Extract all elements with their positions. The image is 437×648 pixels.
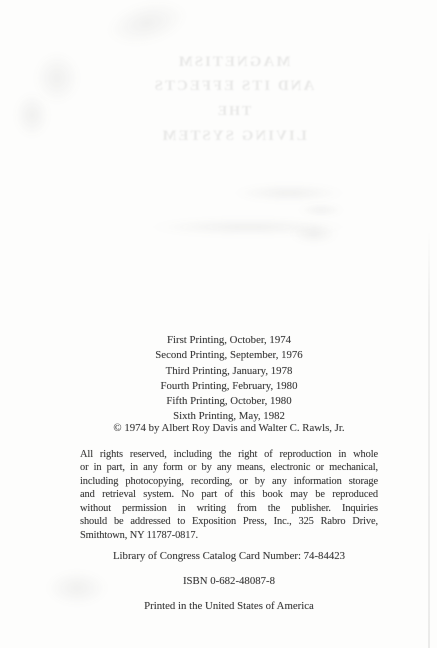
bleedthrough-title-line: MAGNETISM: [15, 50, 437, 74]
copyright-notice: © 1974 by Albert Roy Davis and Walter C.…: [80, 421, 378, 436]
rights-reserved-paragraph: All rights reserved, including the right…: [80, 448, 378, 542]
printing-history-line: Third Printing, January, 1978: [80, 364, 378, 379]
rights-reserved-line: without permission in writing from the p…: [80, 502, 378, 515]
printing-history-line: Fifth Printing, October, 1980: [80, 394, 378, 409]
bleedthrough-author-smudge: [298, 204, 344, 216]
scan-smudge: [290, 224, 338, 244]
rights-reserved-line: or in part, in any form or by any means,…: [80, 461, 378, 474]
bleedthrough-title-text: MAGNETISMAND ITS EFFECTSTHELIVING SYSTEM: [15, 50, 437, 148]
printing-history-line: First Printing, October, 1974: [80, 333, 378, 348]
page-edge-shadow: [428, 230, 430, 648]
printed-in-notice: Printed in the United States of America: [80, 599, 378, 613]
rights-reserved-line: should be addressed to Exposition Press,…: [80, 515, 378, 528]
rights-reserved-line: Smithtown, NY 11787-0817.: [80, 529, 378, 542]
printing-history-line: Fourth Printing, February, 1980: [80, 379, 378, 394]
scan-smudge: [102, 0, 192, 53]
bleedthrough-author-smudge: [148, 218, 348, 236]
printing-history-line: Second Printing, September, 1976: [80, 348, 378, 363]
scan-smudge: [14, 92, 50, 138]
rights-reserved-line: and retrieval system. No part of this bo…: [80, 488, 378, 501]
bleedthrough-title-line: LIVING SYSTEM: [15, 124, 437, 148]
bleedthrough-title-line: AND ITS EFFECTS: [15, 74, 437, 98]
bleedthrough-author-smudge: [233, 184, 345, 202]
rights-reserved-line: All rights reserved, including the right…: [80, 448, 378, 461]
printing-history: First Printing, October, 1974Second Prin…: [80, 333, 378, 425]
isbn-number: ISBN 0-682-48087-8: [80, 574, 378, 588]
rights-reserved-line: including photocopying, recording, or by…: [80, 475, 378, 488]
book-copyright-page: MAGNETISMAND ITS EFFECTSTHELIVING SYSTEM…: [0, 0, 437, 648]
bleedthrough-title-line: THE: [15, 100, 437, 124]
scan-smudge: [34, 52, 80, 104]
library-of-congress-number: Library of Congress Catalog Card Number:…: [80, 549, 378, 563]
